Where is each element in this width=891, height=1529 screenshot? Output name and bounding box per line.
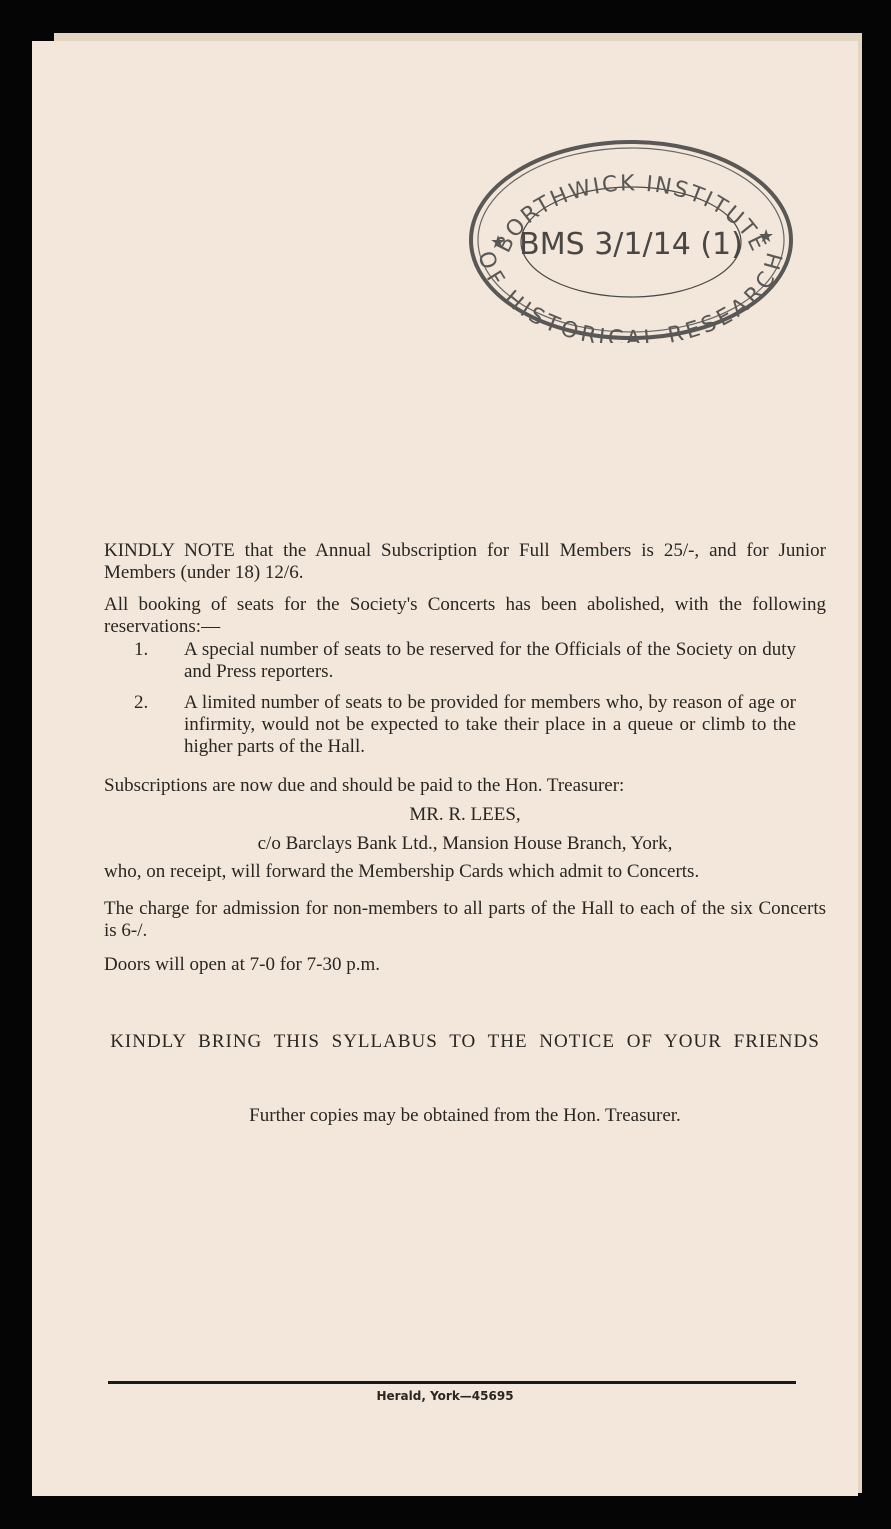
stamp-reference: BMS 3/1/14 (1) [519,227,743,262]
stamp-bottom-text: OF HISTORICAL RESEARCH [472,248,789,343]
bring-syllabus-heading: KINDLY BRING THIS SYLLABUS TO THE NOTICE… [104,1031,826,1053]
admission-section: The charge for admission for non-members… [104,898,826,942]
footer-rule [108,1381,796,1384]
doors-note: Doors will open at 7-0 for 7-30 p.m. [104,954,826,976]
payment-section: Subscriptions are now due and should be … [104,775,826,797]
reservation-number: 2. [134,692,148,714]
notice-body: KINDLY NOTE that the Annual Subscription… [104,540,826,584]
treasurer-address: c/o Barclays Bank Ltd., Mansion House Br… [104,833,826,855]
star-icon: ★ [758,226,774,246]
booking-section: All booking of seats for the Society's C… [104,594,826,638]
reservation-text: A special number of seats to be reserved… [184,639,796,683]
reservations-list: 1. A special number of seats to be reser… [104,639,826,769]
printer-imprint: Herald, York—45695 [32,1389,858,1403]
document-page: BORTHWICK INSTITUTE OF HISTORICAL RESEAR… [32,41,858,1496]
star-icon: ★ [490,232,506,252]
svg-text:OF HISTORICAL RESEARCH: OF HISTORICAL RESEARCH [472,248,789,343]
reservation-number: 1. [134,639,148,661]
subscriptions-due: Subscriptions are now due and should be … [104,775,826,797]
subscription-note: KINDLY NOTE that the Annual Subscription… [104,540,826,584]
further-copies-note: Further copies may be obtained from the … [104,1105,826,1127]
admission-charge: The charge for admission for non-members… [104,898,826,942]
booking-intro: All booking of seats for the Society's C… [104,594,826,638]
reservation-text: A limited number of seats to be provided… [184,692,796,758]
archive-stamp: BORTHWICK INSTITUTE OF HISTORICAL RESEAR… [466,138,796,343]
treasurer-name: MR. R. LEES, [104,804,826,826]
membership-cards-note: who, on receipt, will forward the Member… [104,861,826,883]
